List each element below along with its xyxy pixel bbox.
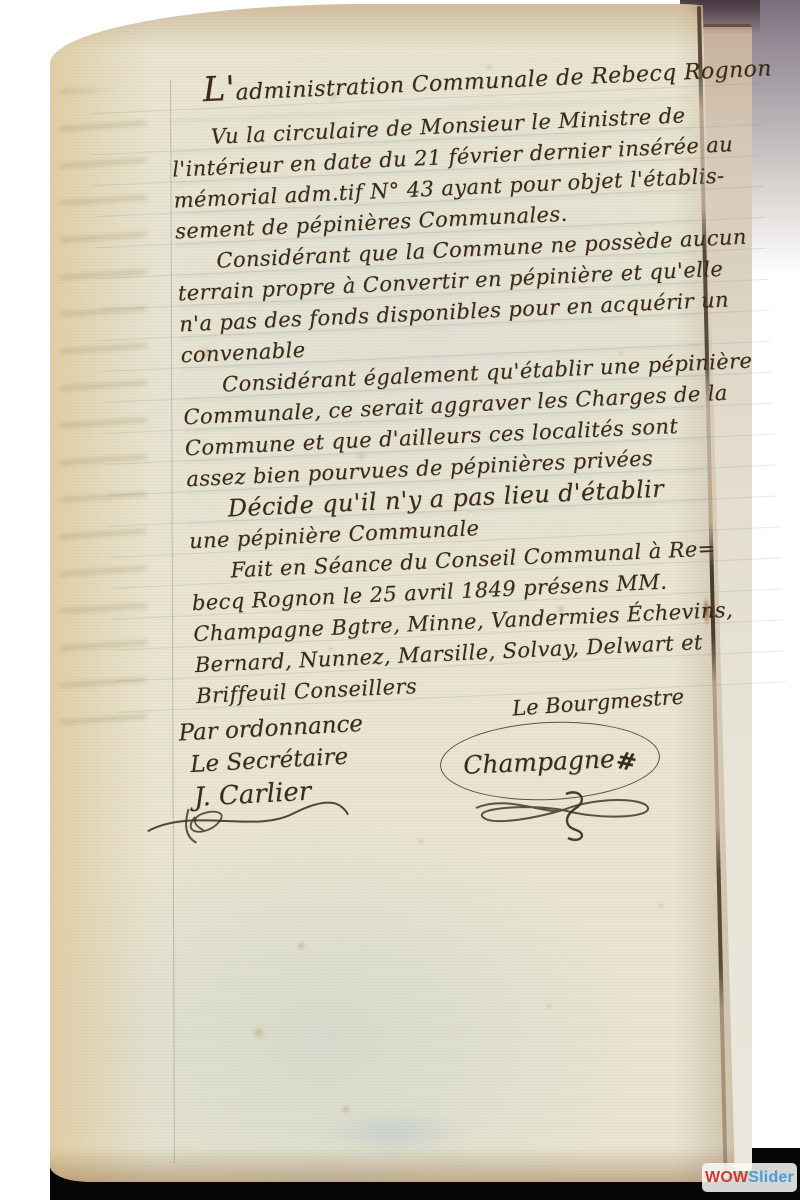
mayor-signature: Champagne [463, 744, 616, 780]
wowslider-watermark[interactable]: WOWSlider [702, 1163, 797, 1192]
mayor-signature-block: Le Bourgmestre Champagne# [440, 690, 700, 848]
ink-smudge [320, 1110, 470, 1154]
watermark-slider: Slider [748, 1169, 794, 1187]
manuscript-body: Vu la circulaire de Monsieur le Ministre… [142, 98, 768, 714]
photo-of-manuscript: L'administration Communale de Rebecq Rog… [0, 0, 800, 1200]
ink-bleed-through [60, 90, 146, 750]
watermark-wow: WOW [705, 1169, 748, 1187]
paraphe-flourish: # [613, 744, 638, 776]
foxing-spots [50, 4, 52, 6]
mayor-title: Le Bourgmestre [511, 683, 700, 720]
manuscript-text: L'administration Communale de Rebecq Rog… [140, 49, 768, 714]
secretary-signature-block: Par ordonnance Le Secrétaire J. Carlier [150, 709, 397, 852]
